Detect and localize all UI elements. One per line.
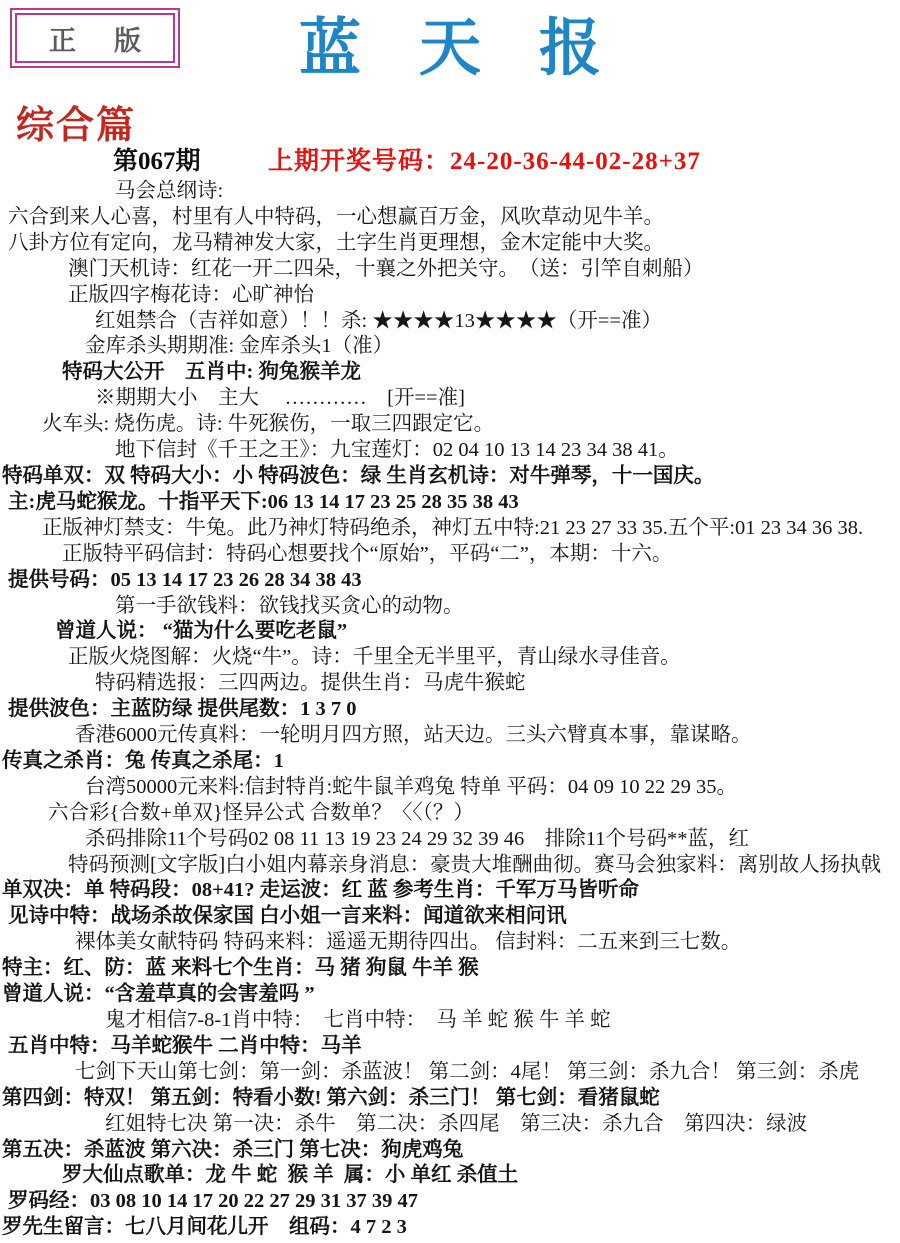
newspaper-page: 正版 蓝天报 综合篇 第067期 上期开奖号码：24-20-36-44-02-2… xyxy=(0,0,900,1243)
tip-line: 八卦方位有定向，龙马精神发大家，土字生肖更理想，金木定能中大奖。 xyxy=(0,231,900,257)
tip-line: 六合彩{合数+单双}怪异公式 合数单？〈〈（？） xyxy=(0,801,900,827)
tip-line: 罗大仙点歌单：龙 牛 蛇 猴 羊 属：小 单红 杀值土 xyxy=(0,1163,900,1189)
tip-line: 火车头: 烧伤虎。诗: 牛死猴伤，一取三四跟定它。 xyxy=(0,412,900,438)
issue-number: 第067期 xyxy=(113,141,201,177)
tip-line: 特码预测[文字版]白小姐内幕亲身消息：豪贵大堆酬曲彻。赛马会独家料：离别故人扬执… xyxy=(0,853,900,879)
tip-line: 正版火烧图解：火烧“牛”。诗：千里全无半里平，青山绿水寻佳音。 xyxy=(0,645,900,671)
tip-line: 主:虎马蛇猴龙。十指平天下:06 13 14 17 23 25 28 35 38… xyxy=(0,490,900,516)
page-title: 蓝天报 xyxy=(0,2,900,97)
tip-line: 提供波色：主蓝防绿 提供尾数：1 3 7 0 xyxy=(0,697,900,723)
tip-line: 曾道人说： “猫为什么要吃老鼠” xyxy=(0,619,900,645)
tip-line: 特主：红、防：蓝 来料七个生肖：马 猪 狗鼠 牛羊 猴 xyxy=(0,956,900,982)
last-draw-result: 上期开奖号码：24-20-36-44-02-28+37 xyxy=(268,141,701,177)
tip-line: 地下信封《千王之王》：九宝莲灯：02 04 10 13 14 23 34 38 … xyxy=(0,438,900,464)
tip-line: 红姐禁合（吉祥如意）！！杀: ★★★★13★★★★（开==准） xyxy=(0,309,900,335)
tip-line: 第一手欲钱料：欲钱找买贪心的动物。 xyxy=(0,594,900,620)
tip-line: 裸体美女献特码 特码来料：遥遥无期待四出。 信封料：二五来到三七数。 xyxy=(0,930,900,956)
tip-line: 特码大公开 五肖中: 狗兔猴羊龙 xyxy=(0,360,900,386)
tip-line: 传真之杀肖：兔 传真之杀尾：1 xyxy=(0,749,900,775)
tip-line: 七剑下天山第七剑：第一剑：杀蓝波！ 第二剑：4尾！ 第三剑：杀九合！ 第三剑：杀… xyxy=(0,1060,900,1086)
tip-line: 第四剑：特双！ 第五剑：特看小数! 第六剑：杀三门！ 第七剑：看猪鼠蛇 xyxy=(0,1086,900,1112)
tip-line: 见诗中特：战场杀故保家国 白小姐一言来料：闻道欲来相问讯 xyxy=(0,904,900,930)
tip-line: 马会总纲诗: xyxy=(0,179,900,205)
tip-line: 六合到来人心喜，村里有人中特码，一心想赢百万金，风吹草动见牛羊。 xyxy=(0,205,900,231)
tip-line: 特码单双：双 特码大小：小 特码波色：绿 生肖玄机诗：对牛弹琴，十一国庆。 xyxy=(0,464,900,490)
tip-line: 金库杀头期期准: 金库杀头1（准） xyxy=(0,334,900,360)
tip-line: 五肖中特：马羊蛇猴牛 二肖中特：马羊 xyxy=(0,1034,900,1060)
tip-line: 罗码经：03 08 10 14 17 20 22 27 29 31 37 39 … xyxy=(0,1189,900,1215)
tips-body: 马会总纲诗:六合到来人心喜，村里有人中特码，一心想赢百万金，风吹草动见牛羊。八卦… xyxy=(0,179,900,1241)
tip-line: 澳门天机诗：红花一开二四朵，十襄之外把关守。 （送：引竿自刺船） xyxy=(0,257,900,283)
tip-line: 红姐特七决 第一决：杀牛 第二决：杀四尾 第三决：杀九合 第四决：绿波 xyxy=(0,1112,900,1138)
tip-line: 鬼才相信7-8-1肖中特： 七肖中特： 马 羊 蛇 猴 牛 羊 蛇 xyxy=(0,1008,900,1034)
tip-line: 曾道人说：“含羞草真的会害羞吗 ” xyxy=(0,982,900,1008)
tip-line: 正版特平码信封：特码心想要找个“原始”，平码“二”，本期：十六。 xyxy=(0,542,900,568)
tip-line: 特码精选报：三四两边。提供生肖：马虎牛猴蛇 xyxy=(0,671,900,697)
tip-line: 第五决：杀蓝波 第六决：杀三门 第七决：狗虎鸡兔 xyxy=(0,1138,900,1164)
tip-line: 正版四字梅花诗：心旷神怡 xyxy=(0,283,900,309)
tip-line: 提供号码：05 13 14 17 23 26 28 34 38 43 xyxy=(0,568,900,594)
tip-line: ※期期大小 主大 ………… [开==准] xyxy=(0,386,900,412)
tip-line: 正版神灯禁支：牛兔。此乃神灯特码绝杀，神灯五中特:21 23 27 33 35.… xyxy=(0,516,900,542)
tip-line: 香港6000元传真料：一轮明月四方照，站天边。三头六臂真本事，靠谋略。 xyxy=(0,723,900,749)
tip-line: 罗先生留言：七八月间花儿开 组码：4 7 2 3 xyxy=(0,1215,900,1241)
tip-line: 杀码排除11个号码02 08 11 13 19 23 24 29 32 39 4… xyxy=(0,827,900,853)
tip-line: 台湾50000元来料:信封特肖:蛇牛鼠羊鸡兔 特单 平码：04 09 10 22… xyxy=(0,775,900,801)
tip-line: 单双决：单 特码段：08+41? 走运波：红 蓝 参考生肖：千军万马皆听命 xyxy=(0,878,900,904)
